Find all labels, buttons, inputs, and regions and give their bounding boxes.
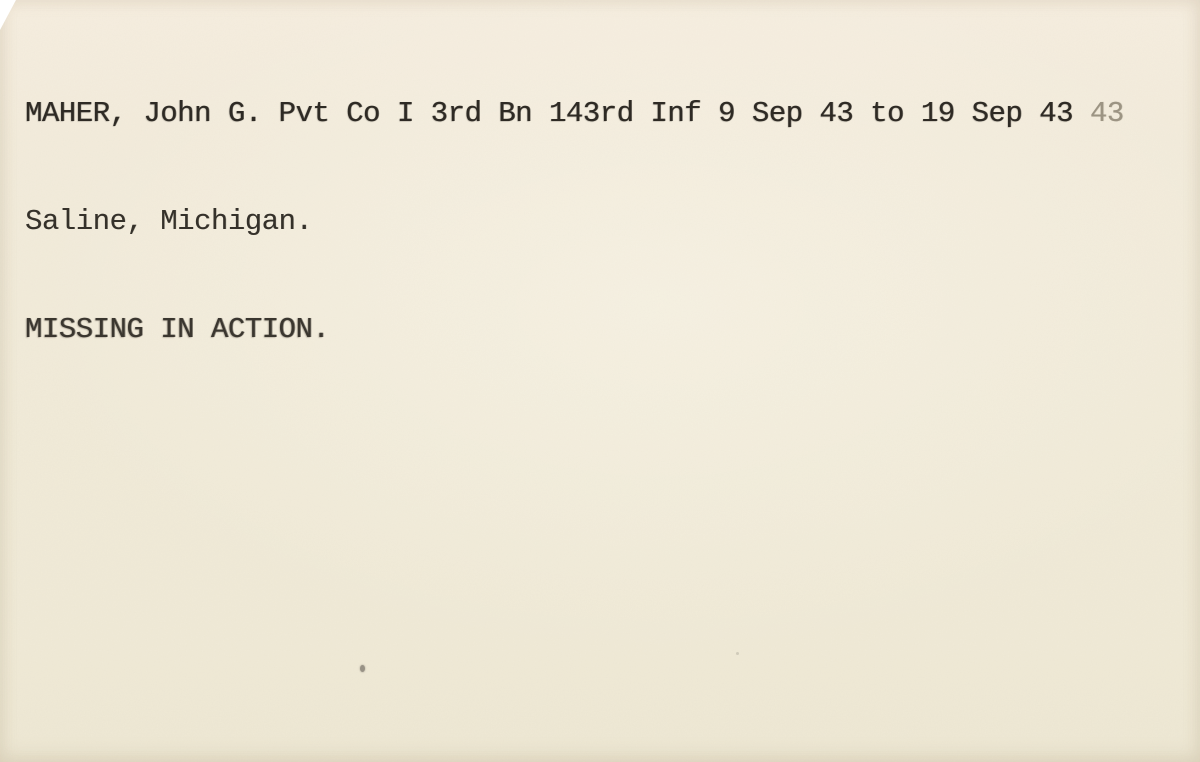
typed-text-block: MAHER, John G. Pvt Co I 3rd Bn 143rd Inf…	[25, 24, 1180, 420]
ink-speck	[360, 665, 365, 672]
record-line-status: MISSING IN ACTION.	[25, 312, 1180, 348]
ink-speck-faint	[736, 652, 739, 655]
soldier-service-text: MAHER, John G. Pvt Co I 3rd Bn 143rd Inf…	[25, 97, 1090, 130]
record-line-residence: Saline, Michigan.	[25, 204, 1180, 240]
scan-edge-sliver	[0, 0, 16, 30]
index-card: MAHER, John G. Pvt Co I 3rd Bn 143rd Inf…	[0, 0, 1200, 762]
ghost-overstrike-43: 43	[1090, 97, 1124, 130]
record-line-service: MAHER, John G. Pvt Co I 3rd Bn 143rd Inf…	[25, 96, 1180, 132]
